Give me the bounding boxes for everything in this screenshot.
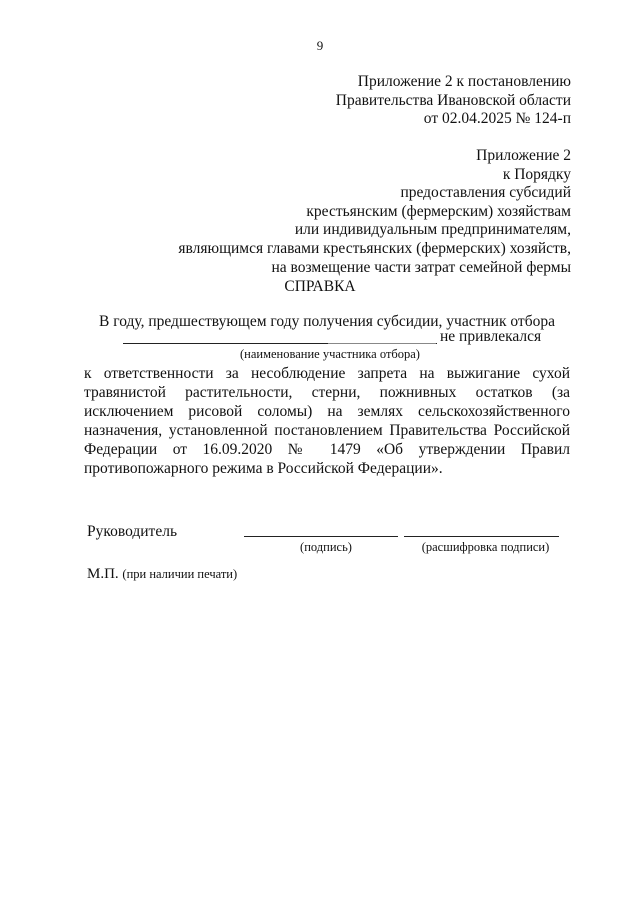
stamp-note: (при наличии печати) bbox=[122, 567, 237, 581]
appendix-line: Приложение 2 bbox=[178, 147, 571, 166]
appendix-line: на возмещение части затрат семейной ферм… bbox=[178, 259, 571, 278]
stamp-label: М.П. bbox=[87, 566, 119, 582]
appendix-line: к Порядку bbox=[178, 166, 571, 185]
appendix-line: предоставления субсидий bbox=[178, 184, 571, 203]
appendix-line: являющимся главами крестьянских (фермерс… bbox=[178, 240, 571, 259]
stamp-place: М.П. (при наличии печати) bbox=[87, 566, 237, 583]
body-paragraph: к ответственности за несоблюдение запрет… bbox=[84, 364, 570, 478]
not-held-text: не привлекался bbox=[440, 328, 541, 346]
approval-line: Правительства Ивановской области bbox=[336, 92, 571, 111]
approval-line: от 02.04.2025 № 124-п bbox=[336, 110, 571, 129]
appendix-line: или индивидуальным предпринимателям, bbox=[178, 221, 571, 240]
appendix-line: крестьянским (фермерским) хозяйствам bbox=[178, 203, 571, 222]
page-number: 9 bbox=[0, 38, 640, 54]
signatory-label: Руководитель bbox=[87, 523, 177, 541]
approval-line: Приложение 2 к постановлению bbox=[336, 73, 571, 92]
signature-decode-blank[interactable] bbox=[404, 536, 559, 537]
signature-blank[interactable] bbox=[244, 536, 398, 537]
participant-name-blank-extension bbox=[328, 343, 436, 344]
signature-caption: (подпись) bbox=[244, 540, 398, 555]
participant-name-caption: (наименование участника отбора) bbox=[0, 347, 640, 362]
approval-header: Приложение 2 к постановлению Правительст… bbox=[336, 73, 571, 129]
signature-decode-caption: (расшифровка подписи) bbox=[404, 540, 559, 555]
document-title: СПРАВКА bbox=[0, 278, 640, 296]
appendix-header: Приложение 2 к Порядку предоставления су… bbox=[178, 147, 571, 277]
